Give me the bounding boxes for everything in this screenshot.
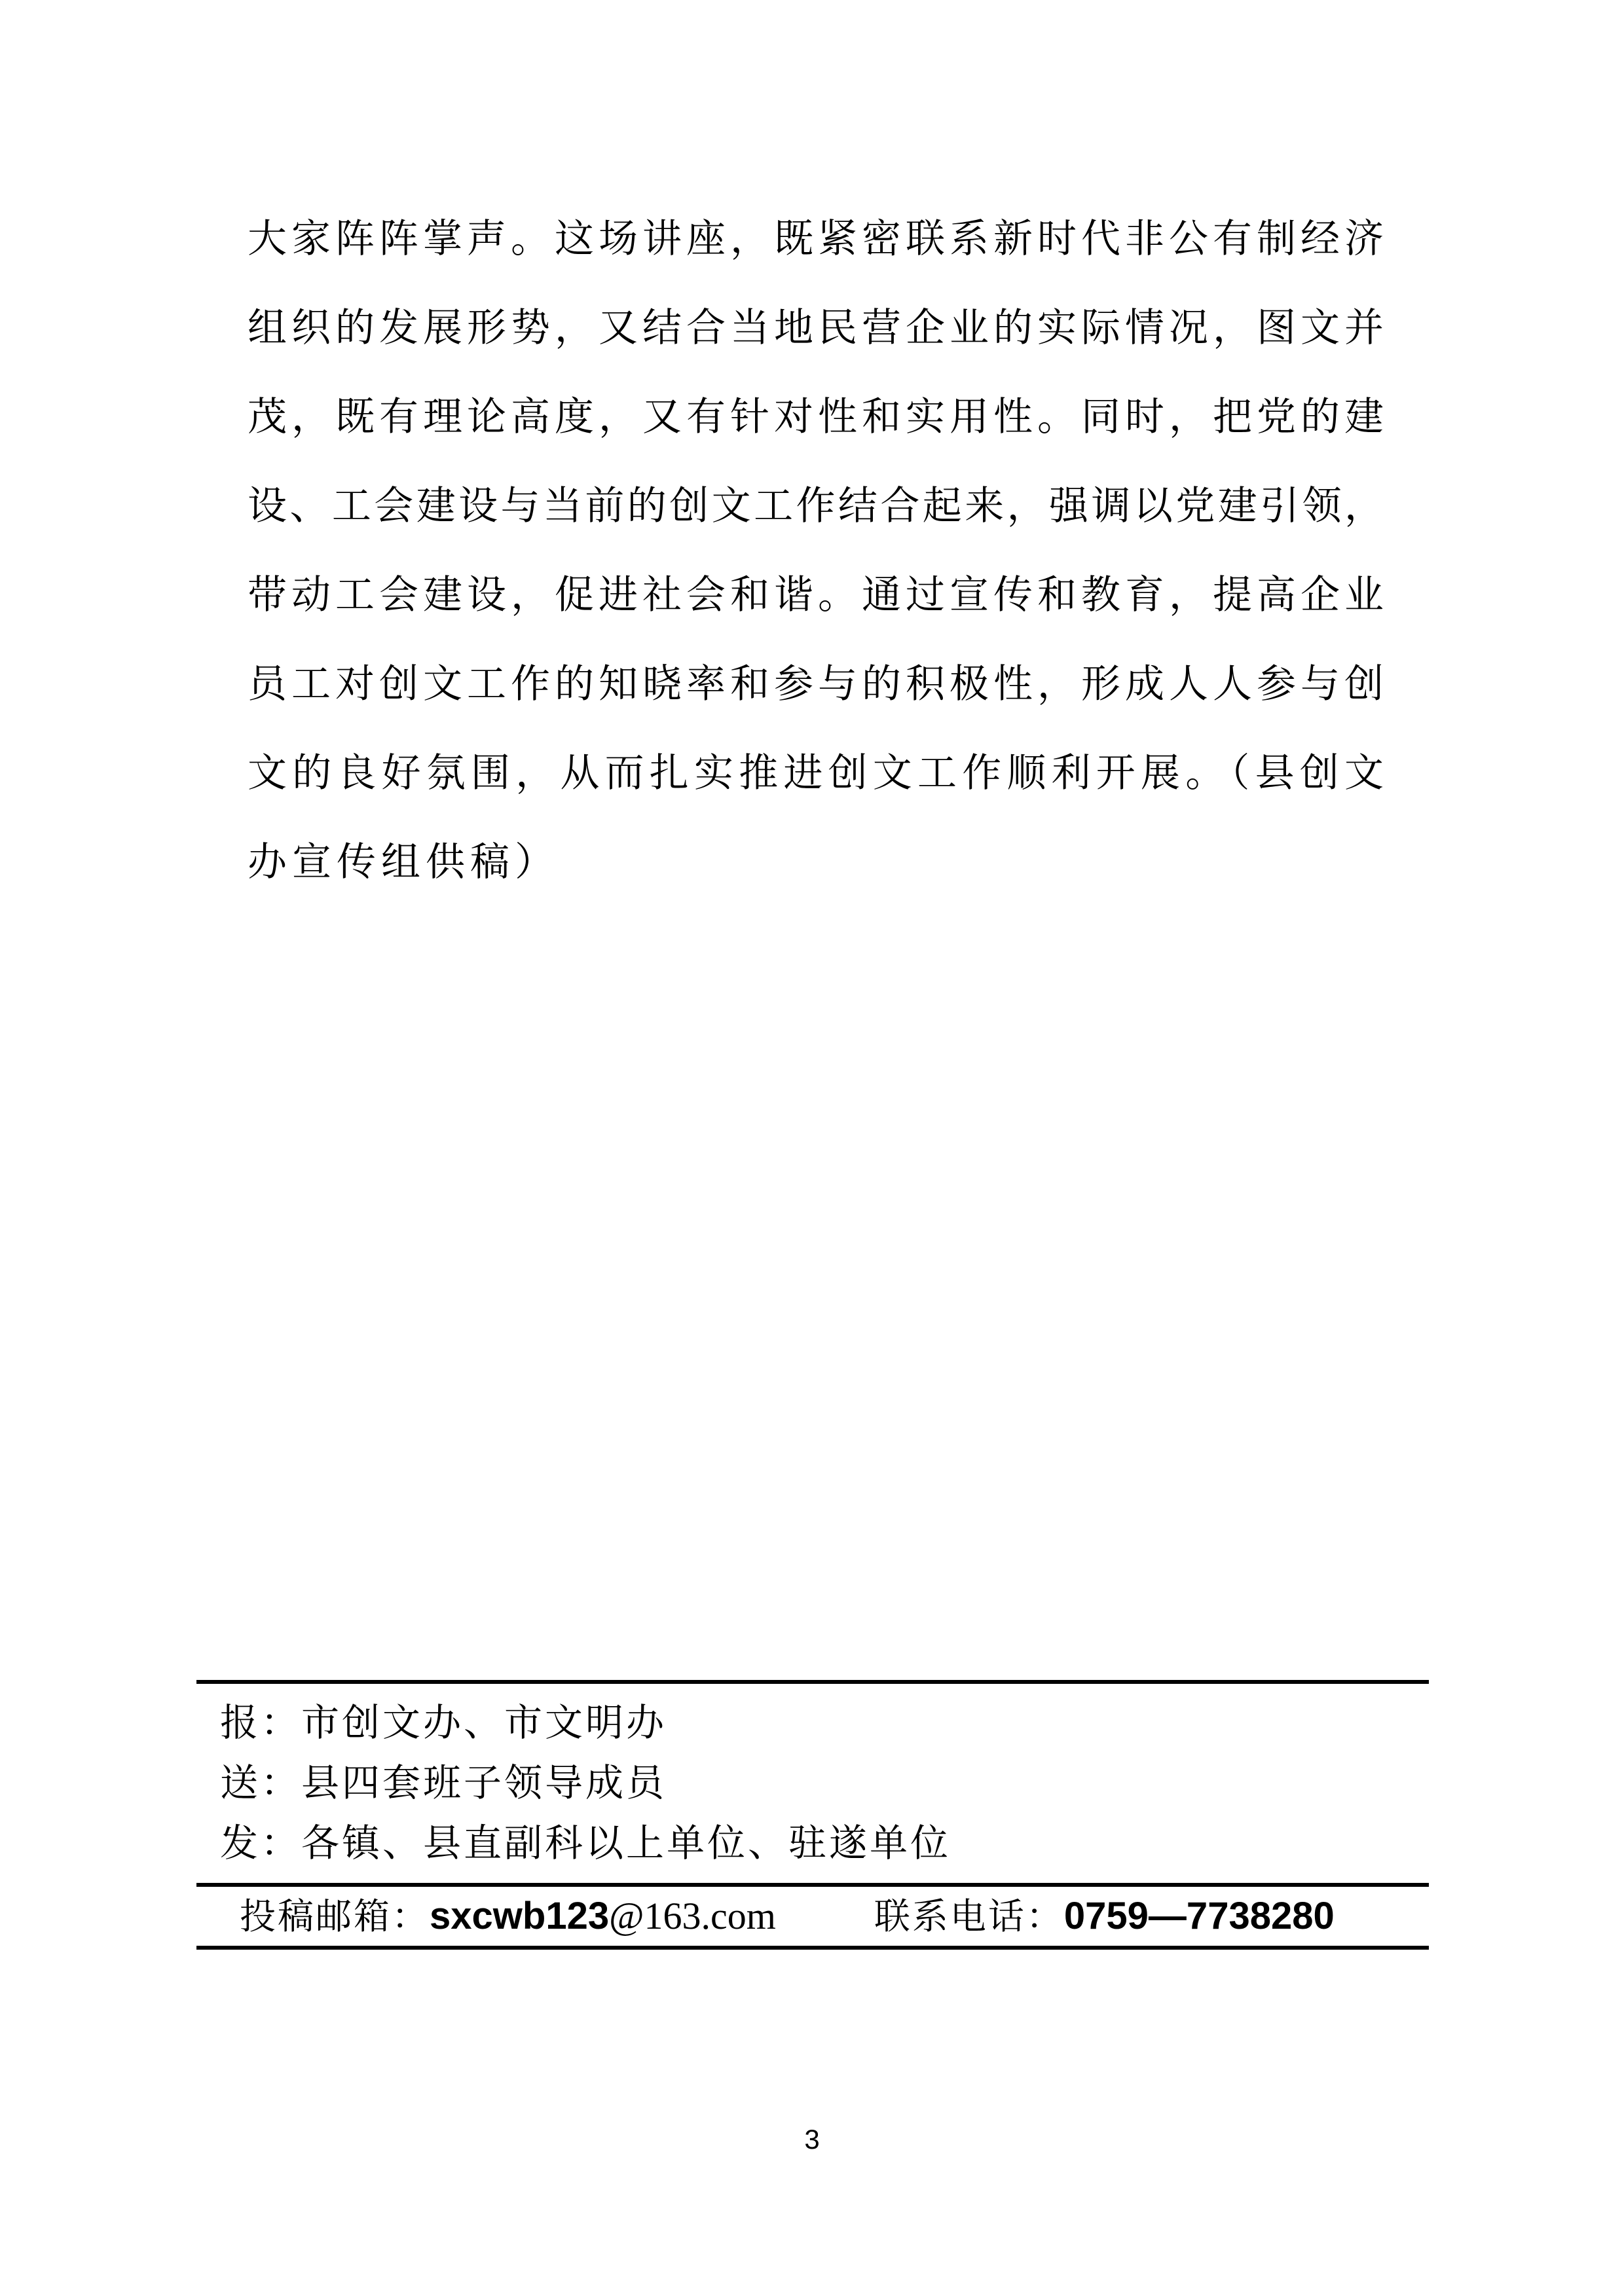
body-line: 组织的发展形势，又结合当地民营企业的实际情况，图文并 [248,283,1384,373]
page-number: 3 [0,2120,1624,2159]
phone-label: 联系电话： [874,1897,1064,1937]
body-line: 设、工会建设与当前的创文工作结合起来，强调以党建引领， [248,462,1384,551]
email-user: sxcwb123 [430,1895,609,1937]
body-line: 茂，既有理论高度，又有针对性和实用性。同时，把党的建 [248,373,1384,462]
body-line-attribution: 办宣传组供稿） [248,818,1384,907]
email-label: 投稿邮箱： [240,1897,430,1937]
body-line: 大家阵阵掌声。这场讲座，既紧密联系新时代非公有制经济 [248,194,1384,283]
distribution-block: 报：市创文办、市文明办 送：县四套班子领导成员 发：各镇、县直副科以上单位、驻遂… [196,1693,1429,1874]
footer-bottom-rule [196,1946,1429,1950]
footer-top-rule [196,1680,1429,1684]
email-domain: @163.com [609,1895,776,1937]
distribution-line-report: 报：市创文办、市文明办 [196,1693,1429,1753]
body-line: 文的良好氛围，从而扎实推进创文工作顺利开展。（县创文 [248,729,1384,818]
body-line: 员工对创文工作的知晓率和参与的积极性，形成人人参与创 [248,640,1384,729]
document-page: 大家阵阵掌声。这场讲座，既紧密联系新时代非公有制经济 组织的发展形势，又结合当地… [0,0,1624,2296]
distribution-line-issue: 发：各镇、县直副科以上单位、驻遂单位 [196,1813,1429,1874]
contact-strip: 投稿邮箱：sxcwb123@163.com联系电话：0759—7738280 [196,1887,1429,1946]
body-line: 带动工会建设，促进社会和谐。通过宣传和教育，提高企业 [248,551,1384,640]
body-paragraph: 大家阵阵掌声。这场讲座，既紧密联系新时代非公有制经济 组织的发展形势，又结合当地… [248,194,1384,907]
distribution-line-send: 送：县四套班子领导成员 [196,1753,1429,1813]
phone-number: 0759—7738280 [1064,1895,1335,1937]
